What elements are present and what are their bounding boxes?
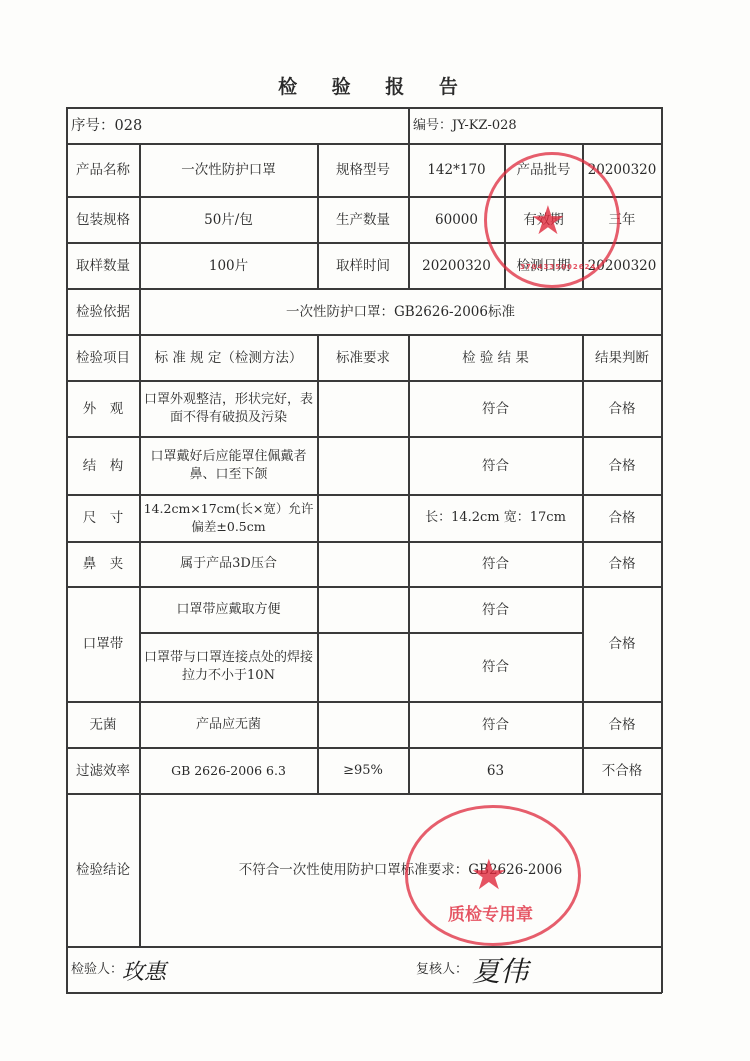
package-label: 包装规格 bbox=[67, 197, 139, 242]
result-size: 长：14.2cm 宽：17cm bbox=[409, 495, 582, 541]
result-nose-clip: 符合 bbox=[409, 542, 582, 586]
validity-label: 有效期 bbox=[505, 197, 582, 242]
req-appearance bbox=[318, 381, 408, 436]
judge-structure: 合格 bbox=[583, 437, 661, 494]
batch-label: 产品批号 bbox=[505, 144, 582, 196]
quantity-label: 生产数量 bbox=[318, 197, 408, 242]
req-size bbox=[318, 495, 408, 541]
quantity-value: 60000 bbox=[409, 197, 504, 242]
judge-filtration: 不合格 bbox=[583, 748, 661, 793]
item-size: 尺 寸 bbox=[67, 495, 139, 541]
sample-time-label: 取样时间 bbox=[318, 243, 408, 288]
batch-value: 20200320 bbox=[583, 144, 661, 196]
result-structure: 符合 bbox=[409, 437, 582, 494]
sample-time-value: 20200320 bbox=[409, 243, 504, 288]
test-date-label: 检测日期 bbox=[505, 243, 582, 288]
header-item: 检验项目 bbox=[67, 335, 139, 380]
rule-ear-loop-2: 口罩带与口罩连接点处的焊接拉力不小于10N bbox=[142, 633, 315, 701]
rule-structure: 口罩戴好后应能罩住佩戴者鼻、口至下颌 bbox=[142, 437, 315, 494]
req-filtration: ≥95% bbox=[318, 748, 408, 793]
judge-nose-clip: 合格 bbox=[583, 542, 661, 586]
rule-appearance: 口罩外观整洁，形状完好，表面不得有破损及污染 bbox=[142, 381, 315, 436]
report-code: 编号：JY-KZ-028 bbox=[409, 108, 661, 143]
rule-filtration: GB 2626-2006 6.3 bbox=[140, 748, 317, 793]
rule-ear-loop-1: 口罩带应戴取方便 bbox=[140, 587, 317, 632]
reviewer-signature: 夏伟 bbox=[472, 950, 528, 990]
result-filtration: 63 bbox=[409, 748, 582, 793]
result-sterile: 符合 bbox=[409, 702, 582, 747]
item-appearance: 外 观 bbox=[67, 381, 139, 436]
req-nose-clip bbox=[318, 542, 408, 586]
basis-value: 一次性防护口罩：GB2626-2006标准 bbox=[140, 289, 661, 334]
basis-label: 检验依据 bbox=[67, 289, 139, 334]
conclusion-label: 检验结论 bbox=[67, 794, 139, 946]
result-appearance: 符合 bbox=[409, 381, 582, 436]
req-structure bbox=[318, 437, 408, 494]
header-result: 检 验 结 果 bbox=[409, 335, 582, 380]
item-nose-clip: 鼻 夹 bbox=[67, 542, 139, 586]
item-ear-loop: 口罩带 bbox=[67, 587, 139, 701]
req-ear-loop-1 bbox=[318, 587, 408, 632]
req-ear-loop-2 bbox=[318, 633, 408, 701]
spec-label: 规格型号 bbox=[318, 144, 408, 196]
divider bbox=[66, 946, 662, 948]
serial-number: 序号：028 bbox=[67, 108, 408, 143]
result-ear-loop-2: 符合 bbox=[409, 633, 582, 701]
judge-sterile: 合格 bbox=[583, 702, 661, 747]
report-title: 检 验 报 告 bbox=[0, 72, 750, 99]
item-filtration: 过滤效率 bbox=[67, 748, 139, 793]
judge-size: 合格 bbox=[583, 495, 661, 541]
divider bbox=[661, 107, 663, 993]
sample-qty-value: 100片 bbox=[140, 243, 317, 288]
item-structure: 结 构 bbox=[67, 437, 139, 494]
package-value: 50片/包 bbox=[140, 197, 317, 242]
header-judgement: 结果判断 bbox=[583, 335, 661, 380]
item-sterile: 无菌 bbox=[67, 702, 139, 747]
inspector-signature: 玫惠 bbox=[122, 955, 166, 986]
rule-nose-clip: 属于产品3D压合 bbox=[140, 542, 317, 586]
spec-value: 142*170 bbox=[409, 144, 504, 196]
req-sterile bbox=[318, 702, 408, 747]
product-name-value: 一次性防护口罩 bbox=[140, 144, 317, 196]
product-name-label: 产品名称 bbox=[67, 144, 139, 196]
validity-value: 三年 bbox=[583, 197, 661, 242]
result-ear-loop-1: 符合 bbox=[409, 587, 582, 632]
rule-sterile: 产品应无菌 bbox=[140, 702, 317, 747]
sample-qty-label: 取样数量 bbox=[67, 243, 139, 288]
rule-size: 14.2cm×17cm(长×宽）允许偏差±0.5cm bbox=[142, 495, 315, 541]
header-requirement: 标准要求 bbox=[318, 335, 408, 380]
conclusion-text: 不符合一次性使用防护口罩标准要求：GB2626-2006 bbox=[140, 794, 661, 946]
judge-appearance: 合格 bbox=[583, 381, 661, 436]
header-rule: 标 准 规 定（检测方法） bbox=[140, 335, 317, 380]
divider bbox=[66, 992, 662, 994]
judge-ear-loop: 合格 bbox=[583, 587, 661, 701]
test-date-value: 20200320 bbox=[583, 243, 661, 288]
